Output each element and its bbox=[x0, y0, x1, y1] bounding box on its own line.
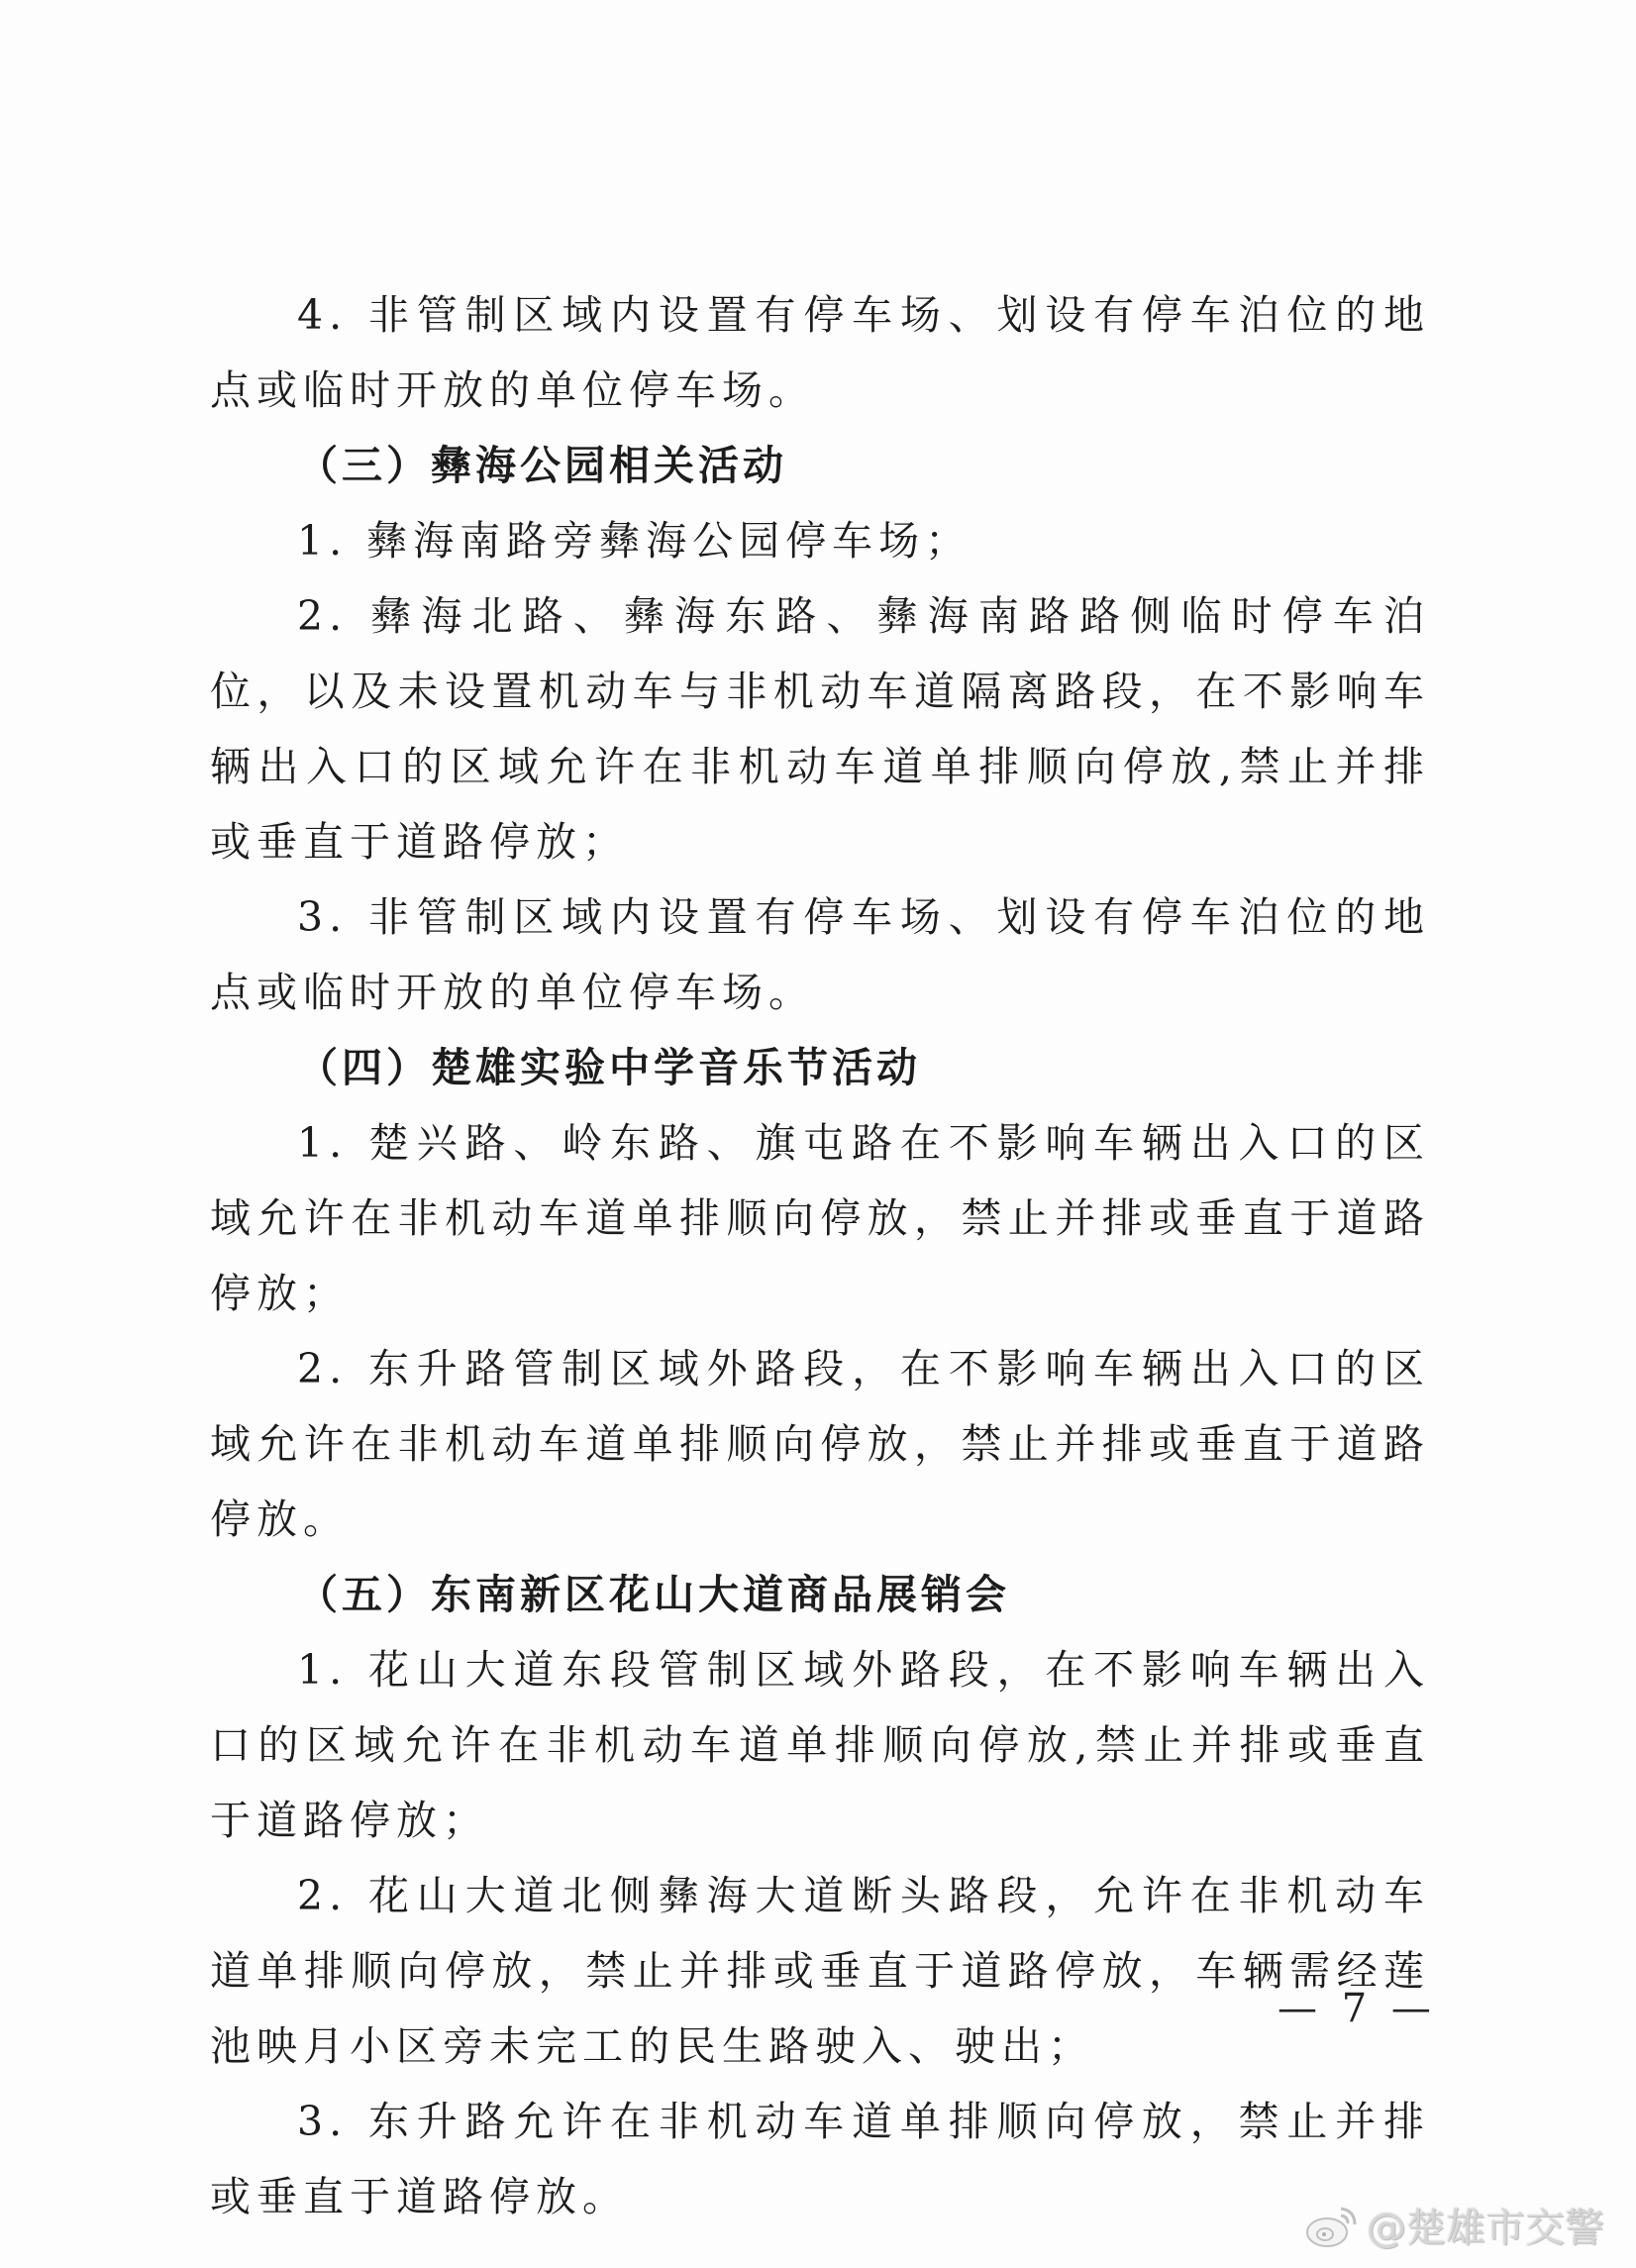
section-heading: （四）楚雄实验中学音乐节活动 bbox=[210, 1030, 1430, 1105]
watermark-text: @楚雄市交警 bbox=[1367, 2197, 1604, 2253]
list-item: 1. 彝海南路旁彝海公园停车场； bbox=[210, 503, 1430, 578]
list-item: 4. 非管制区域内设置有停车场、划设有停车泊位的地点或临时开放的单位停车场。 bbox=[210, 277, 1430, 428]
section-heading: （三）彝海公园相关活动 bbox=[210, 428, 1430, 503]
weibo-icon bbox=[1305, 2201, 1361, 2250]
list-item: 3. 非管制区域内设置有停车场、划设有停车泊位的地点或临时开放的单位停车场。 bbox=[210, 879, 1430, 1030]
page-number: — 7 — bbox=[1278, 1986, 1437, 2031]
list-item: 1. 楚兴路、岭东路、旗屯路在不影响车辆出入口的区域允许在非机动车道单排顺向停放… bbox=[210, 1105, 1430, 1331]
document-body: 4. 非管制区域内设置有停车场、划设有停车泊位的地点或临时开放的单位停车场。 （… bbox=[210, 277, 1430, 2234]
list-item: 2. 彝海北路、彝海东路、彝海南路路侧临时停车泊位，以及未设置机动车与非机动车道… bbox=[210, 578, 1430, 879]
watermark: @楚雄市交警 bbox=[1305, 2197, 1604, 2253]
list-item: 3. 东升路允许在非机动车道单排顺向停放，禁止并排或垂直于道路停放。 bbox=[210, 2084, 1430, 2234]
list-item: 1. 花山大道东段管制区域外路段，在不影响车辆出入口的区域允许在非机动车道单排顺… bbox=[210, 1632, 1430, 1858]
list-item: 2. 花山大道北侧彝海大道断头路段，允许在非机动车道单排顺向停放，禁止并排或垂直… bbox=[210, 1858, 1430, 2084]
list-item: 2. 东升路管制区域外路段，在不影响车辆出入口的区域允许在非机动车道单排顺向停放… bbox=[210, 1331, 1430, 1557]
section-heading: （五）东南新区花山大道商品展销会 bbox=[210, 1557, 1430, 1632]
